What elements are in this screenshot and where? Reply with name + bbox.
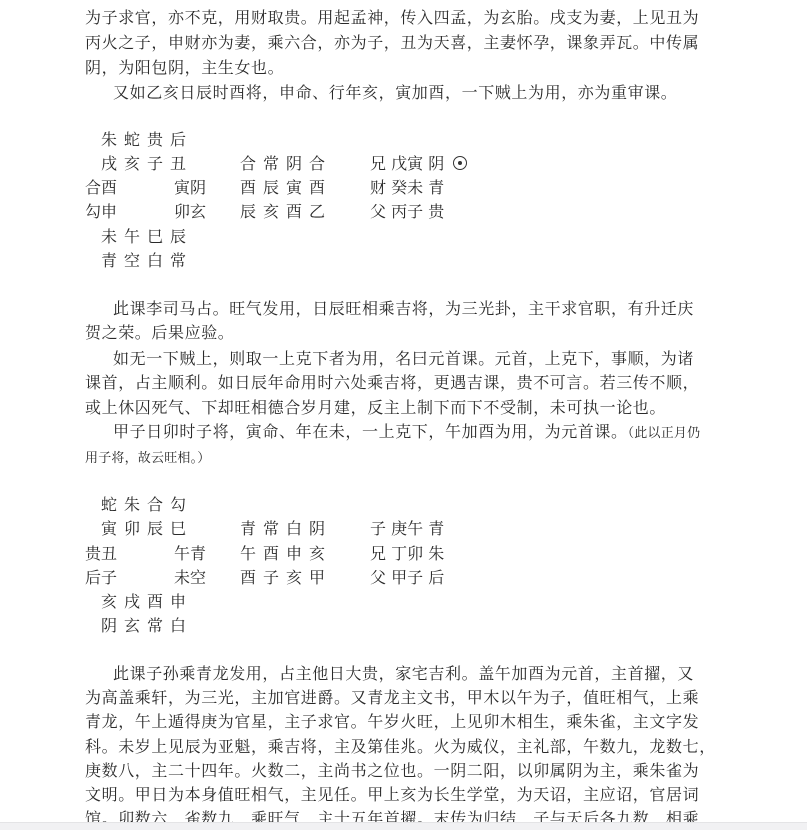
chart-glyph: 未: [101, 225, 124, 249]
chart-glyph: 寅: [101, 517, 124, 541]
chart-glyph: 合: [85, 178, 101, 197]
general-label: 朱: [428, 544, 444, 563]
chart-glyph: 亥: [263, 200, 286, 224]
stem-branch: 庚午: [391, 519, 423, 538]
chart-glyph: 辰: [240, 200, 263, 224]
annotation-note: 用子将，故云旺相。）: [85, 451, 211, 466]
transmission-row-1: 兄 戊寅 阴: [370, 152, 467, 176]
relation-label: 财: [370, 178, 386, 197]
stem-branch: 甲子: [391, 568, 423, 587]
right-row-1: 午青: [174, 542, 206, 566]
transmission-row-3: 父 丙子 贵: [370, 200, 444, 224]
general-label: 阴: [428, 154, 444, 173]
four-lessons-row-3: 辰亥酉乙: [240, 200, 332, 224]
paragraph-line: 甲子日卯时子将，寅命、年在未，一上克下，午加酉为用，为元首课。（此以正月仍: [113, 420, 700, 444]
chart-glyph: 酉: [240, 566, 263, 590]
chart-glyph: 后: [170, 128, 193, 152]
four-lessons-row-1: 青常白阴: [240, 517, 332, 541]
chart-glyph: 合: [309, 152, 332, 176]
top-branches-row: 寅卯辰巳: [101, 517, 193, 541]
chart-glyph: 常: [170, 249, 193, 273]
paragraph-line: 贺之荣。后果应验。: [85, 321, 234, 345]
chart-glyph: 午: [240, 542, 263, 566]
chart-glyph: 朱: [101, 128, 124, 152]
top-generals-row: 蛇朱合勾: [101, 493, 193, 517]
transmission-row-3: 父 甲子 后: [370, 566, 444, 590]
paragraph-line: 课首，占主顺利。如日辰年命用时六处乘吉将，更遇吉课，贵不可言。若三传不顺，: [85, 371, 699, 395]
chart-glyph: 丑: [170, 152, 193, 176]
general-label: 青: [428, 519, 444, 538]
chart-glyph: 青: [240, 517, 263, 541]
chart-glyph: 青: [190, 544, 206, 563]
chart-glyph: 白: [286, 517, 309, 541]
chart-glyph: 戌: [101, 152, 124, 176]
paragraph-line: 或上休囚死气、下却旺相德合岁月建，反主上制下而下不受制，未可执一论也。: [85, 396, 666, 420]
bottom-generals-row: 青空白常: [101, 249, 193, 273]
chart-glyph: 白: [147, 249, 170, 273]
chart-glyph: 勾: [170, 493, 193, 517]
chart-glyph: 玄: [190, 202, 206, 221]
chart-glyph: 阴: [101, 614, 124, 638]
chart-glyph: 酉: [263, 542, 286, 566]
chart-glyph: 朱: [124, 493, 147, 517]
relation-label: 父: [370, 202, 386, 221]
chart-glyph: 申: [286, 542, 309, 566]
chart-glyph: 未: [174, 568, 190, 587]
top-generals-row: 朱蛇贵后: [101, 128, 193, 152]
chart-glyph: 酉: [240, 176, 263, 200]
paragraph-text: 甲子日卯时子将，寅命、年在未，一上克下，午加酉为用，为元首课。: [113, 422, 628, 441]
paragraph-line: 丙火之子，申财亦为妻，乘六合，亦为子，丑为天喜，主妻怀孕，课象弄瓦。中传属: [85, 31, 699, 55]
chart-glyph: 勾: [85, 202, 101, 221]
sun-circle-icon: [453, 156, 467, 170]
chart-glyph: 酉: [101, 178, 117, 197]
paragraph-line: 文明。甲日为本身值旺相气，主见任。甲上亥为长生学堂，为天诏，主应诏，官居词: [85, 783, 699, 807]
chart-glyph: 寅: [286, 176, 309, 200]
paragraph-line: 为子求官，亦不克，用财取贵。用起孟神，传入四孟，为玄胎。戌支为妻，上见丑为: [85, 6, 699, 30]
four-lessons-row-1: 合常阴合: [240, 152, 332, 176]
chart-glyph: 后: [85, 568, 101, 587]
left-row-1: 合酉: [85, 176, 117, 200]
chart-glyph: 戌: [124, 590, 147, 614]
chart-glyph: 亥: [101, 590, 124, 614]
paragraph-line: 用子将，故云旺相。）: [85, 445, 211, 469]
chart-glyph: 子: [101, 568, 117, 587]
chart-glyph: 阴: [309, 517, 332, 541]
bottom-branches-row: 亥戌酉申: [101, 590, 193, 614]
chart-glyph: 阴: [190, 178, 206, 197]
chart-glyph: 卯: [174, 202, 190, 221]
chart-glyph: 子: [147, 152, 170, 176]
chart-glyph: 贵: [85, 544, 101, 563]
chart-glyph: 玄: [124, 614, 147, 638]
chart-glyph: 空: [124, 249, 147, 273]
chart-glyph: 丑: [101, 544, 117, 563]
chart-glyph: 午: [174, 544, 190, 563]
transmission-row-2: 财 癸未 青: [370, 176, 444, 200]
chart-glyph: 午: [124, 225, 147, 249]
chart-glyph: 常: [263, 517, 286, 541]
left-row-1: 贵丑: [85, 542, 117, 566]
chart-glyph: 蛇: [124, 128, 147, 152]
annotation-note: （此以正月仍: [628, 426, 701, 441]
chart-glyph: 辰: [170, 225, 193, 249]
relation-label: 兄: [370, 154, 386, 173]
stem-branch: 丁卯: [391, 544, 423, 563]
top-branches-row: 戌亥子丑: [101, 152, 193, 176]
relation-label: 父: [370, 568, 386, 587]
stem-branch: 丙子: [391, 202, 423, 221]
chart-glyph: 常: [263, 152, 286, 176]
paragraph-line: 青龙，午上遁得庚为官星，主子求官。午岁火旺，上见卯木相生，乘朱雀，主文字发: [85, 710, 699, 734]
left-row-2: 勾申: [85, 200, 117, 224]
chart-glyph: 空: [190, 568, 206, 587]
left-row-2: 后子: [85, 566, 117, 590]
chart-glyph: 贵: [147, 128, 170, 152]
four-lessons-row-3: 酉子亥甲: [240, 566, 332, 590]
paragraph-line: 阴，为阳包阴，主生女也。: [85, 56, 284, 80]
bottom-generals-row: 阴玄常白: [101, 614, 193, 638]
chart-glyph: 酉: [309, 176, 332, 200]
chart-glyph: 乙: [309, 200, 332, 224]
transmission-row-2: 兄 丁卯 朱: [370, 542, 444, 566]
paragraph-line: 科。未岁上见辰为亚魁，乘吉将，主及第佳兆。火为威仪，主礼部，午数九，龙数七，: [85, 735, 716, 759]
right-row-1: 寅阴: [174, 176, 206, 200]
viewer-bottom-bar: [0, 822, 807, 830]
relation-label: 兄: [370, 544, 386, 563]
chart-glyph: 巳: [170, 517, 193, 541]
chart-glyph: 申: [101, 202, 117, 221]
transmission-row-1: 子 庚午 青: [370, 517, 444, 541]
chart-glyph: 白: [170, 614, 193, 638]
paragraph-line: 又如乙亥日辰时酉将，申命、行年亥，寅加酉，一下贼上为用，亦为重审课。: [113, 81, 677, 105]
chart-glyph: 辰: [147, 517, 170, 541]
paragraph-line: 庚数八，主二十四年。火数二，主尚书之位也。一阴二阳，以卯属阴为主，乘朱雀为: [85, 759, 699, 783]
right-row-2: 未空: [174, 566, 206, 590]
four-lessons-row-2: 午酉申亥: [240, 542, 332, 566]
bottom-branches-row: 未午巳辰: [101, 225, 193, 249]
chart-glyph: 亥: [124, 152, 147, 176]
chart-glyph: 蛇: [101, 493, 124, 517]
chart-glyph: 合: [147, 493, 170, 517]
stem-branch: 戊寅: [391, 154, 423, 173]
general-label: 青: [428, 178, 444, 197]
chart-glyph: 酉: [147, 590, 170, 614]
chart-glyph: 合: [240, 152, 263, 176]
stem-branch: 癸未: [391, 178, 423, 197]
chart-glyph: 子: [263, 566, 286, 590]
chart-glyph: 寅: [174, 178, 190, 197]
chart-glyph: 亥: [286, 566, 309, 590]
chart-glyph: 青: [101, 249, 124, 273]
right-row-2: 卯玄: [174, 200, 206, 224]
chart-glyph: 亥: [309, 542, 332, 566]
chart-glyph: 巳: [147, 225, 170, 249]
paragraph-line: 此课李司马占。旺气发用，日辰旺相乘吉将，为三光卦，主干求官职，有升迁庆: [113, 297, 694, 321]
chart-glyph: 常: [147, 614, 170, 638]
paragraph-line: 如无一下贼上，则取一上克下者为用，名曰元首课。元首，上克下，事顺，为诸: [113, 347, 694, 371]
four-lessons-row-2: 酉辰寅酉: [240, 176, 332, 200]
chart-glyph: 酉: [286, 200, 309, 224]
general-label: 后: [428, 568, 444, 587]
chart-glyph: 甲: [309, 566, 332, 590]
general-label: 贵: [428, 202, 444, 221]
chart-glyph: 申: [170, 590, 193, 614]
chart-glyph: 阴: [286, 152, 309, 176]
chart-glyph: 卯: [124, 517, 147, 541]
paragraph-line: 此课子孙乘青龙发用，占主他日大贵，家宅吉利。盖午加酉为元首，主首擢，又: [113, 662, 694, 686]
paragraph-line: 为高盖乘轩，为三光，主加官进爵。又青龙主文书，甲木以午为子，值旺相气，上乘: [85, 686, 699, 710]
relation-label: 子: [370, 519, 386, 538]
chart-glyph: 辰: [263, 176, 286, 200]
